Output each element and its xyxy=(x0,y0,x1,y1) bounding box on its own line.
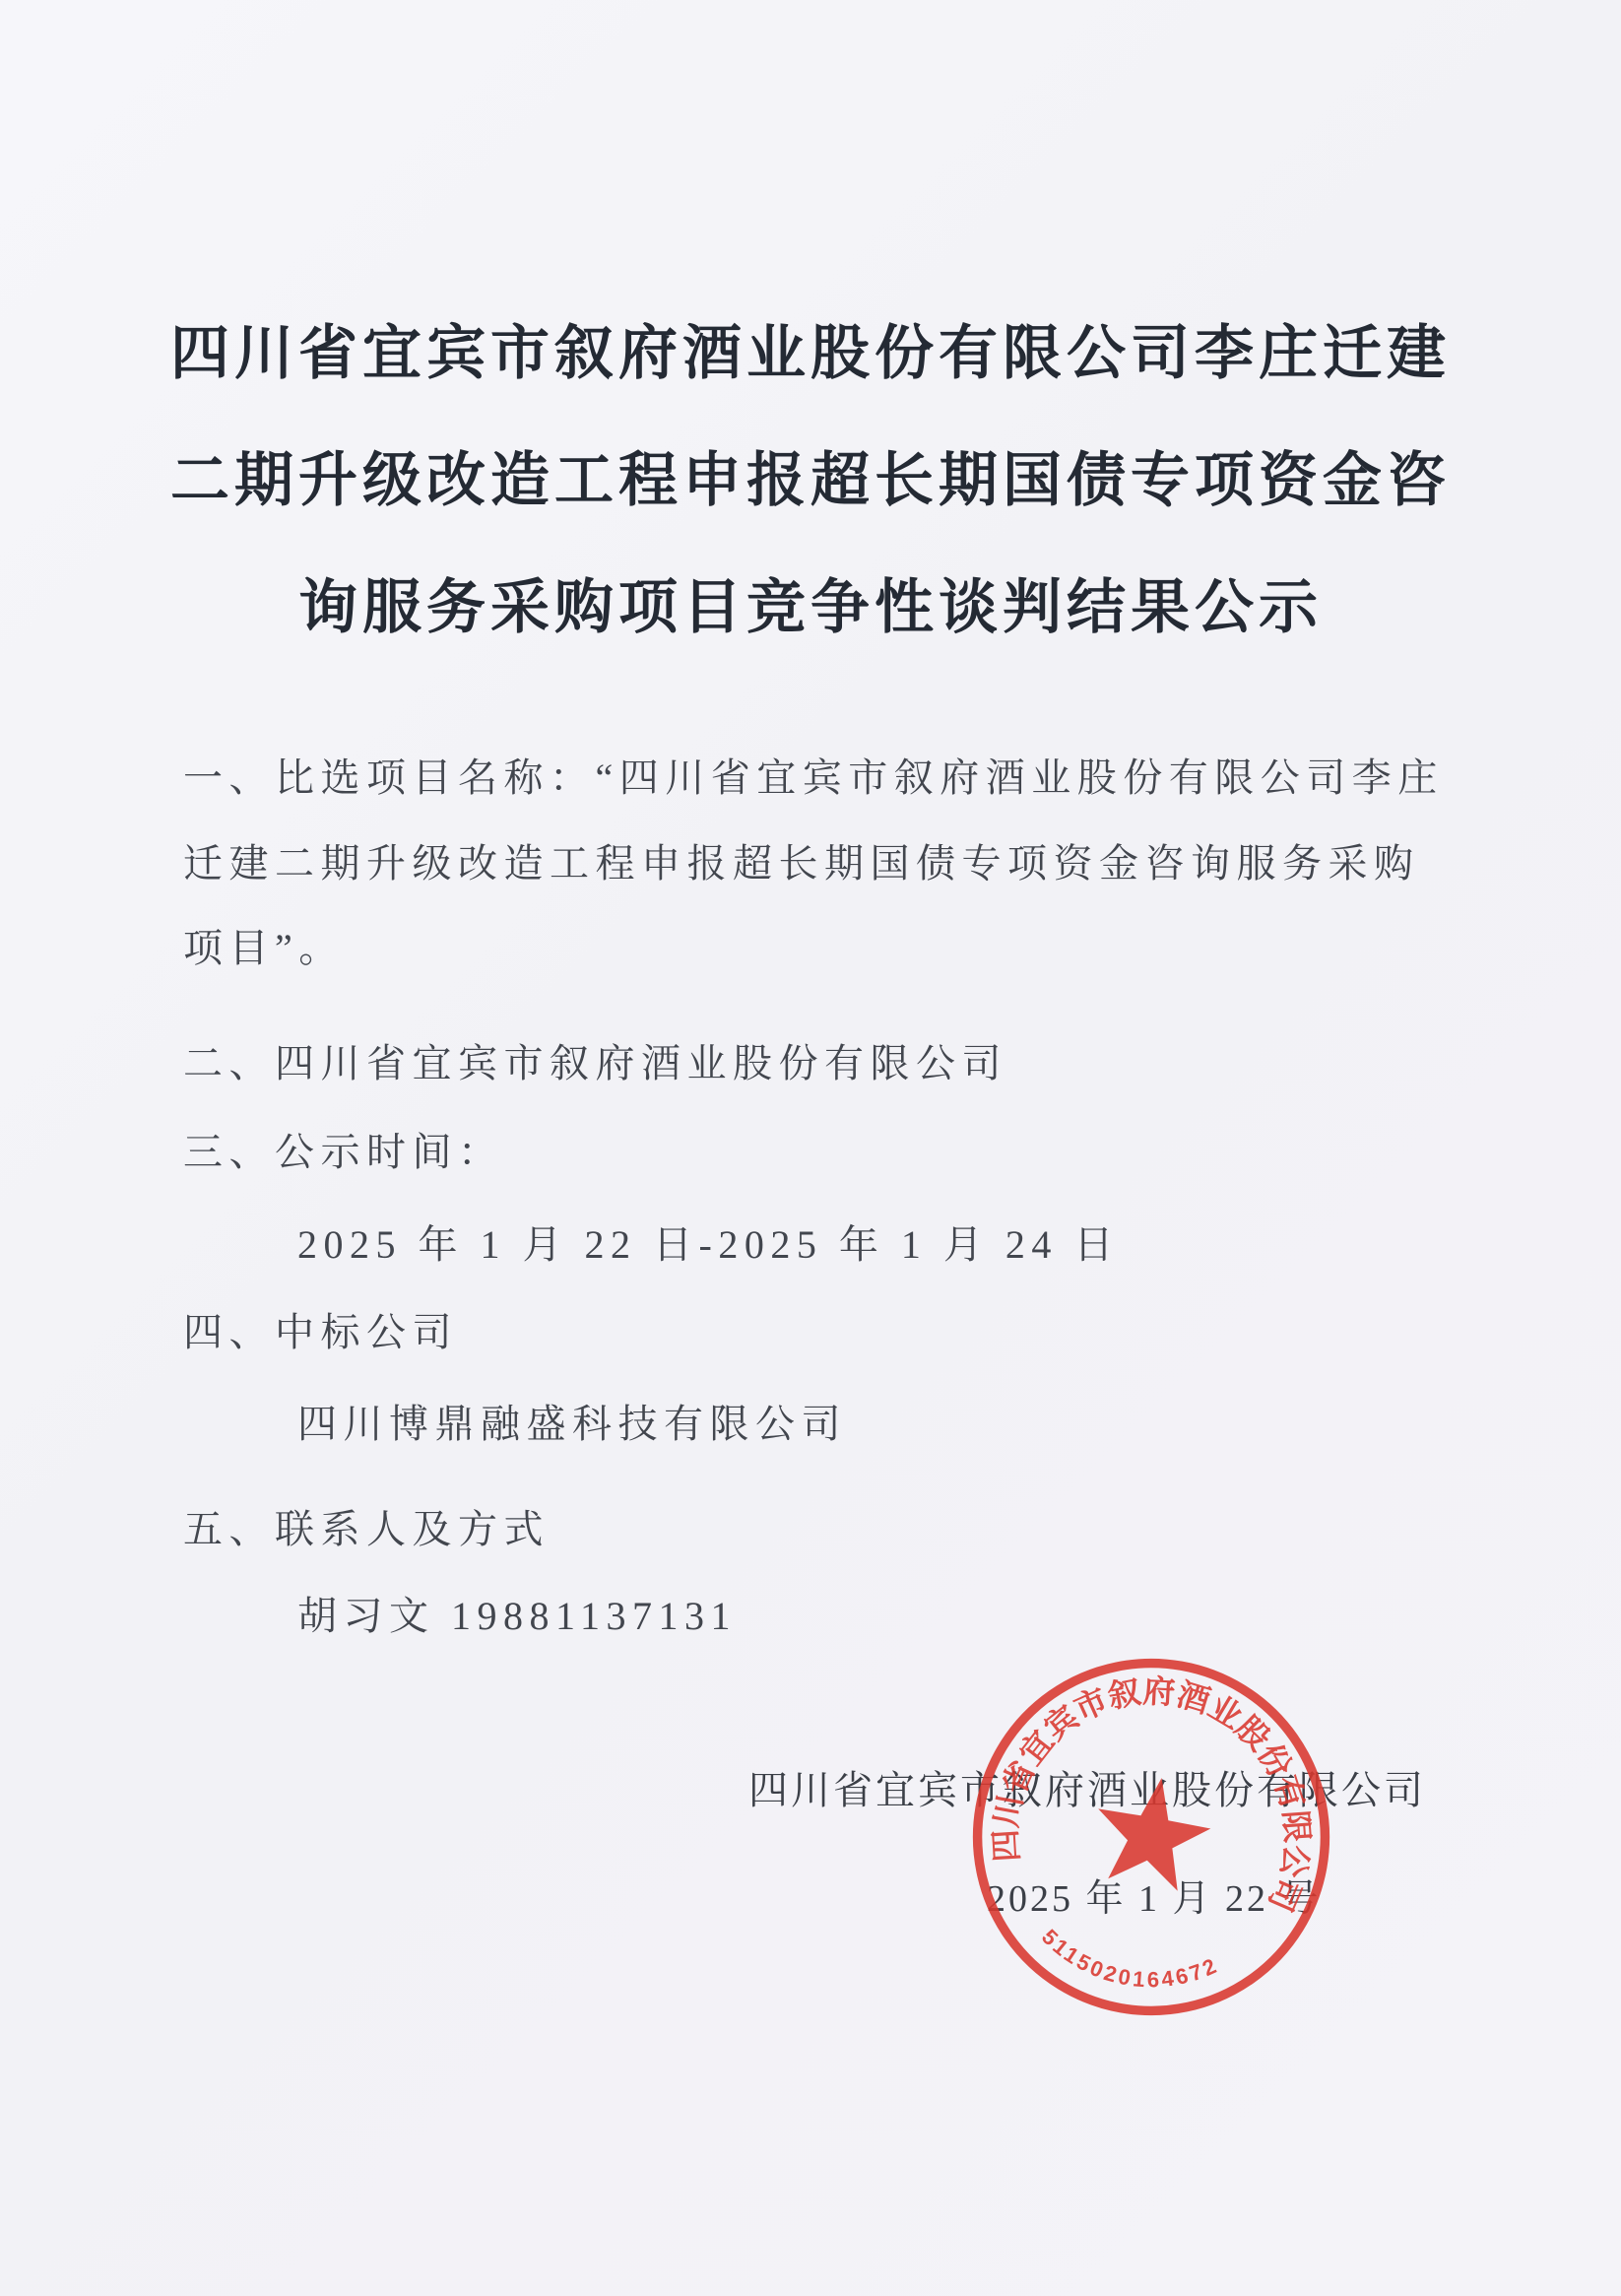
section5-contact-value: 胡习文 19881137131 xyxy=(297,1585,737,1641)
section2-purchaser: 二、四川省宜宾市叙府酒业股份有限公司 xyxy=(183,1032,1007,1088)
company-seal: 四川省宜宾市叙府酒业股份有限公司 5115020164672 xyxy=(936,1621,1367,2053)
document-title: 四川省宜宾市叙府酒业股份有限公司李庄迁建 二期升级改造工程申报超长期国债专项资金… xyxy=(0,290,1621,671)
section3-publicity-period-value: 2025 年 1 月 22 日-2025 年 1 月 24 日 xyxy=(297,1214,1120,1270)
section1-project-name-line2: 迁建二期升级改造工程申报超长期国债专项资金咨询服务采购 xyxy=(183,832,1420,888)
section4-winner-company: 四川博鼎融盛科技有限公司 xyxy=(297,1393,847,1449)
section4-winner-label: 四、中标公司 xyxy=(183,1301,458,1357)
signature-date: 2025 年 1 月 22 号 xyxy=(987,1868,1322,1922)
title-line-1: 四川省宜宾市叙府酒业股份有限公司李庄迁建 xyxy=(0,290,1621,417)
seal-ring xyxy=(950,1636,1353,2039)
section5-contact-label: 五、联系人及方式 xyxy=(183,1498,550,1554)
svg-text:5115020164672: 5115020164672 xyxy=(1031,1922,1226,2005)
section1-project-name-line3: 项目”。 xyxy=(183,917,345,973)
signature-company: 四川省宜宾市叙府酒业股份有限公司 xyxy=(748,1759,1426,1815)
title-line-2: 二期升级改造工程申报超长期国债专项资金咨 xyxy=(0,417,1621,544)
seal-number: 5115020164672 xyxy=(1031,1922,1226,2005)
section1-project-name-line1: 一、比选项目名称：“四川省宜宾市叙府酒业股份有限公司李庄 xyxy=(183,747,1444,803)
scanned-announcement-page: 四川省宜宾市叙府酒业股份有限公司李庄迁建 二期升级改造工程申报超长期国债专项资金… xyxy=(0,0,1621,2296)
section3-publicity-period-label: 三、公示时间： xyxy=(183,1121,504,1177)
title-line-3: 询服务采购项目竞争性谈判结果公示 xyxy=(0,544,1621,671)
